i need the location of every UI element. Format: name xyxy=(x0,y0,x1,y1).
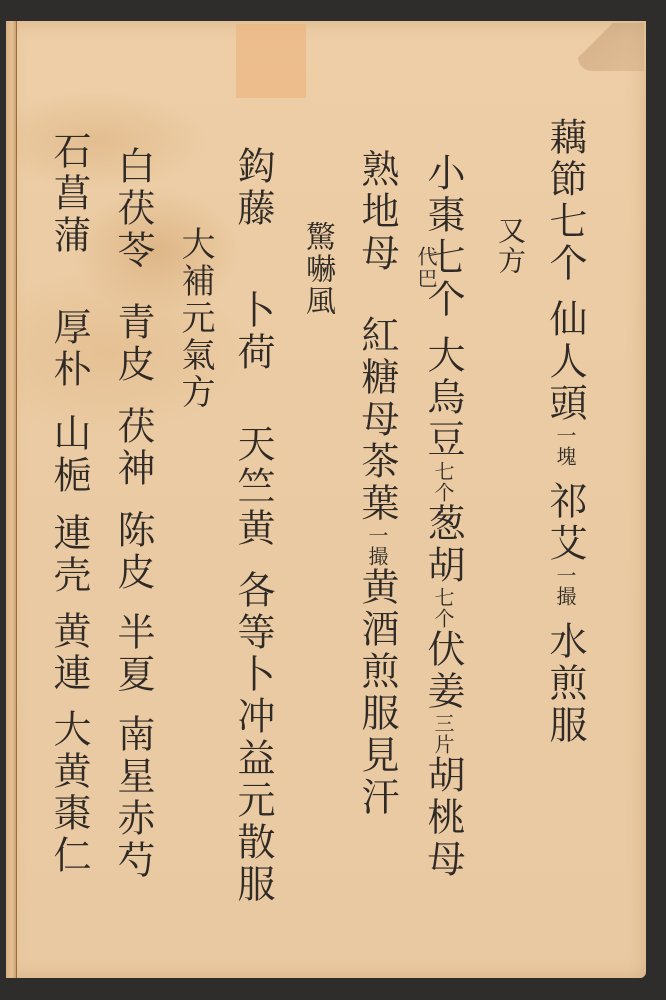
herb-gardenia: 山梔 xyxy=(47,413,91,497)
instruction: 黄酒煎服見汗 xyxy=(355,567,399,819)
herb-xianrentou: 仙人頭 xyxy=(543,299,587,425)
herb-tangerine-peel: 陈皮 xyxy=(111,510,155,594)
herb-pinellia: 半夏 xyxy=(111,612,155,696)
herb-forsythia: 連壳 xyxy=(47,513,91,597)
herb-walnut: 胡桃母 xyxy=(421,755,465,881)
herb-acorus: 石菖蒲 xyxy=(47,131,91,257)
text-column-1: 藕節七个仙人頭一塊祁艾一撮水煎服 xyxy=(546,117,584,747)
quantity: 一撮 xyxy=(553,565,577,607)
herb-lotus-node: 藕節 xyxy=(543,117,587,201)
instruction: 冲益元散服 xyxy=(231,696,275,906)
herb-arisaema: 南星 xyxy=(111,714,155,798)
quantity: 七个 xyxy=(431,587,455,629)
herb-qi-ai: 祁艾 xyxy=(543,481,587,565)
quantity: 一塊 xyxy=(553,425,577,467)
herb-poria-spirit: 茯神 xyxy=(111,406,155,490)
herb-uncaria: 鈎藤 xyxy=(231,146,275,230)
herb-poria: 白茯苓 xyxy=(111,146,155,272)
book-spine xyxy=(6,21,17,978)
herb-jujube-seed: 棗仁 xyxy=(47,793,91,877)
text-column-7: 石菖蒲厚朴山梔連壳黄連大黄棗仁 xyxy=(50,131,88,877)
herb-tabasheer: 天竺黄 xyxy=(231,424,275,550)
quantity: 七个 xyxy=(431,461,455,503)
quantity: 三片 xyxy=(431,713,455,755)
recipe-heading-tonify-qi: 大補元氣方 xyxy=(178,226,212,411)
quantity: 一撮 xyxy=(365,525,389,567)
herb-mint: 卜荷 xyxy=(231,290,275,374)
text-column-4: 鈎藤卜荷天竺黄各等卜冲益元散服 xyxy=(234,146,272,906)
recipe-heading-fright-wind: 驚嚇風 xyxy=(302,221,332,317)
herb-small-jujube: 小棗 xyxy=(421,153,465,237)
instruction: 水煎服 xyxy=(543,621,587,747)
herb-green-peel: 青皮 xyxy=(111,302,155,386)
herb-brown-sugar: 紅糖母 xyxy=(355,315,399,441)
manuscript-page: 藕節七个仙人頭一塊祁艾一撮水煎服 又方 小棗七个大烏豆七个葱胡七个伏姜三片胡桃母… xyxy=(6,21,646,978)
folded-corner xyxy=(578,23,644,71)
herb-rehmannia: 熟地母 xyxy=(355,149,399,275)
herb-magnolia-bark: 厚朴 xyxy=(47,307,91,391)
side-note: 代巴 xyxy=(416,246,436,290)
text-column-3: 熟地母紅糖母茶葉一撮黄酒煎服見汗 xyxy=(358,149,396,819)
recipe-heading-again: 又方 xyxy=(496,216,524,276)
dosage: 各等卜 xyxy=(231,570,275,696)
herb-coptis: 黄連 xyxy=(47,611,91,695)
herb-red-peony: 赤芍 xyxy=(111,798,155,882)
herb-ginger: 伏姜 xyxy=(421,629,465,713)
herb-rhubarb: 大黄 xyxy=(47,709,91,793)
herb-black-bean: 大烏豆 xyxy=(421,335,465,461)
herb-tea-leaves: 茶葉 xyxy=(355,441,399,525)
herb-scallion-root: 葱胡 xyxy=(421,503,465,587)
quantity: 七个 xyxy=(543,201,587,285)
faded-seal-stamp xyxy=(236,24,306,98)
text-column-6: 白茯苓青皮茯神陈皮半夏南星赤芍 xyxy=(114,146,152,882)
